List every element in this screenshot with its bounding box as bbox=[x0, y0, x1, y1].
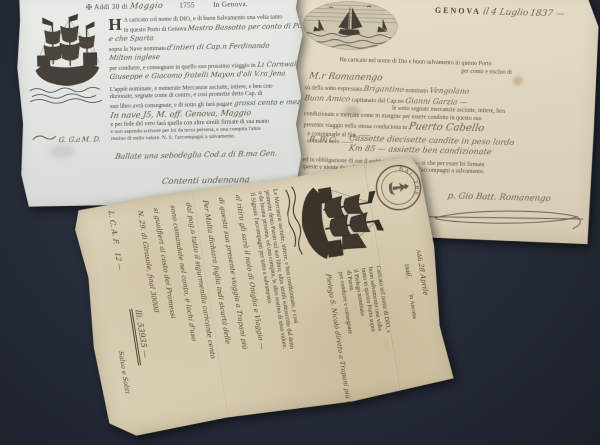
doc2-print-fragment: nominato bbox=[405, 88, 428, 95]
doc1-day: 30 bbox=[112, 3, 120, 11]
doc2-signature: p. Gio Batt. Romanengo bbox=[448, 190, 551, 204]
doc2-print-fragment: presente viaggio nella stessa conduciona… bbox=[304, 122, 408, 131]
sailing-ships-vignette-icon bbox=[300, 0, 401, 53]
doc3-sum-total: lli. 53935 — bbox=[129, 307, 151, 365]
doc2-date-day: 4 Luglio bbox=[490, 7, 529, 19]
doc2-handwritten-fragment: Vengolano bbox=[429, 86, 470, 96]
doc2-margin-initials: B. B. bbox=[308, 134, 328, 143]
doc2-signature-text: p. Gio Batt. Romanengo bbox=[447, 191, 552, 204]
doc2-handwritten-fragment: Brigantino bbox=[363, 84, 405, 94]
doc1-print-fragment: in questo Porto di Genova bbox=[124, 26, 187, 33]
doc2-handwritten-fragment: Gianni Garzia — bbox=[404, 96, 468, 107]
doc2-handwritten-line: M.r Romanengo bbox=[308, 71, 384, 84]
doc2-date-line: GENOVA il 4 Luglio 1837 — bbox=[435, 6, 565, 21]
doc1-place: In Genova. bbox=[213, 0, 248, 9]
doc2-date-il: il bbox=[482, 7, 490, 18]
pen-squiggle-icon bbox=[31, 132, 57, 143]
doc3-date-line: Addì 28 Aprile 1846. In Ancona bbox=[400, 249, 444, 389]
galleon-woodcut-icon bbox=[26, 13, 108, 105]
doc3-print-column: Caricato nel nome di DIO, e buon salvame… bbox=[323, 265, 400, 399]
doc1-print-fragment: sopra la Nave nominata bbox=[109, 45, 166, 52]
doc1-margin-initials: M. D. bbox=[81, 135, 101, 143]
doc2-print-fragment: sù della sotto espressata bbox=[305, 85, 363, 93]
stamp-eagle-icon bbox=[388, 179, 410, 195]
doc3-place: In Ancona bbox=[408, 294, 418, 319]
doc2-print-fragment: capitanato dal Cap.no bbox=[352, 97, 404, 104]
smudge-stain bbox=[49, 144, 75, 159]
doc1-date-line: ✠ Addì 30 di Maggio 1755 In Genova. bbox=[86, 0, 248, 13]
doc3-closing-text: Salvo e Soliti bbox=[117, 351, 132, 394]
doc3-closing-note: Salvo e Soliti bbox=[117, 350, 132, 394]
doc1-body-text: HA caricato col nome di DIO, e di buon S… bbox=[108, 14, 295, 143]
doc1-margin-marks: G. G.a M. D. bbox=[31, 131, 102, 144]
doc3-sum-value: lli. 53935 — bbox=[133, 310, 150, 358]
doc1-handwritten-line: e che Sparta bbox=[108, 34, 154, 44]
doc3-addi-label: Addì bbox=[414, 249, 422, 262]
doc1-addi-label: Addì bbox=[94, 3, 110, 11]
doc3-margin-number: 12 — bbox=[113, 252, 124, 270]
doc1-margin-initials: G. G.a bbox=[58, 136, 81, 144]
doc2-handwritten-fragment: Buon Amico bbox=[304, 93, 351, 104]
doc1-handwritten-fragment: grossi cento e mezzo bbox=[233, 97, 308, 107]
doc2-handwritten-destination: Puerto Cabello bbox=[407, 121, 485, 136]
doc2-margin-marks: B. B. C bbox=[309, 134, 335, 144]
doc1-handwritten-line: Ballate una sebodeglia Cod.a di B.ma Gen… bbox=[115, 149, 279, 162]
doc1-year: 1755 bbox=[179, 1, 195, 9]
doc1-dropcap: H bbox=[108, 18, 122, 32]
signature-flourish-icon bbox=[427, 204, 588, 234]
doc1-handwritten-line: Milton inglese bbox=[109, 53, 161, 63]
doc1-handwritten-fragment: d'intieri di Cap.n Ferdinando bbox=[167, 41, 271, 52]
maltese-cross-glyph: ✠ bbox=[86, 3, 92, 11]
doc2-place-name: GENOVA bbox=[435, 6, 481, 16]
doc2-date-year: 1837 — bbox=[529, 9, 566, 21]
doc2-margin-initials: C bbox=[328, 135, 335, 144]
doc1-month-handwritten: Maggio bbox=[130, 1, 164, 12]
doc3-day-handwritten: 28 Aprile bbox=[416, 263, 430, 295]
galleon-woodcut-icon bbox=[283, 171, 389, 271]
doc2-body-text: Ha caricato nel nome di Dio e buon salva… bbox=[302, 56, 587, 180]
photograph-of-documents: GENOVA il 4 Luglio 1837 — Ha caricato ne… bbox=[0, 0, 600, 445]
doc3-body-text: Le Mercanzie asciutte, intiere, e ben co… bbox=[134, 189, 310, 423]
doc3-year-handwritten: 6. bbox=[404, 272, 414, 279]
doc1-di-label: di bbox=[122, 3, 128, 11]
doc3-margin-initials: L. C. A. F. bbox=[107, 211, 120, 245]
doc3-margin-marks: L. C. A. F. 12 — bbox=[107, 210, 128, 271]
